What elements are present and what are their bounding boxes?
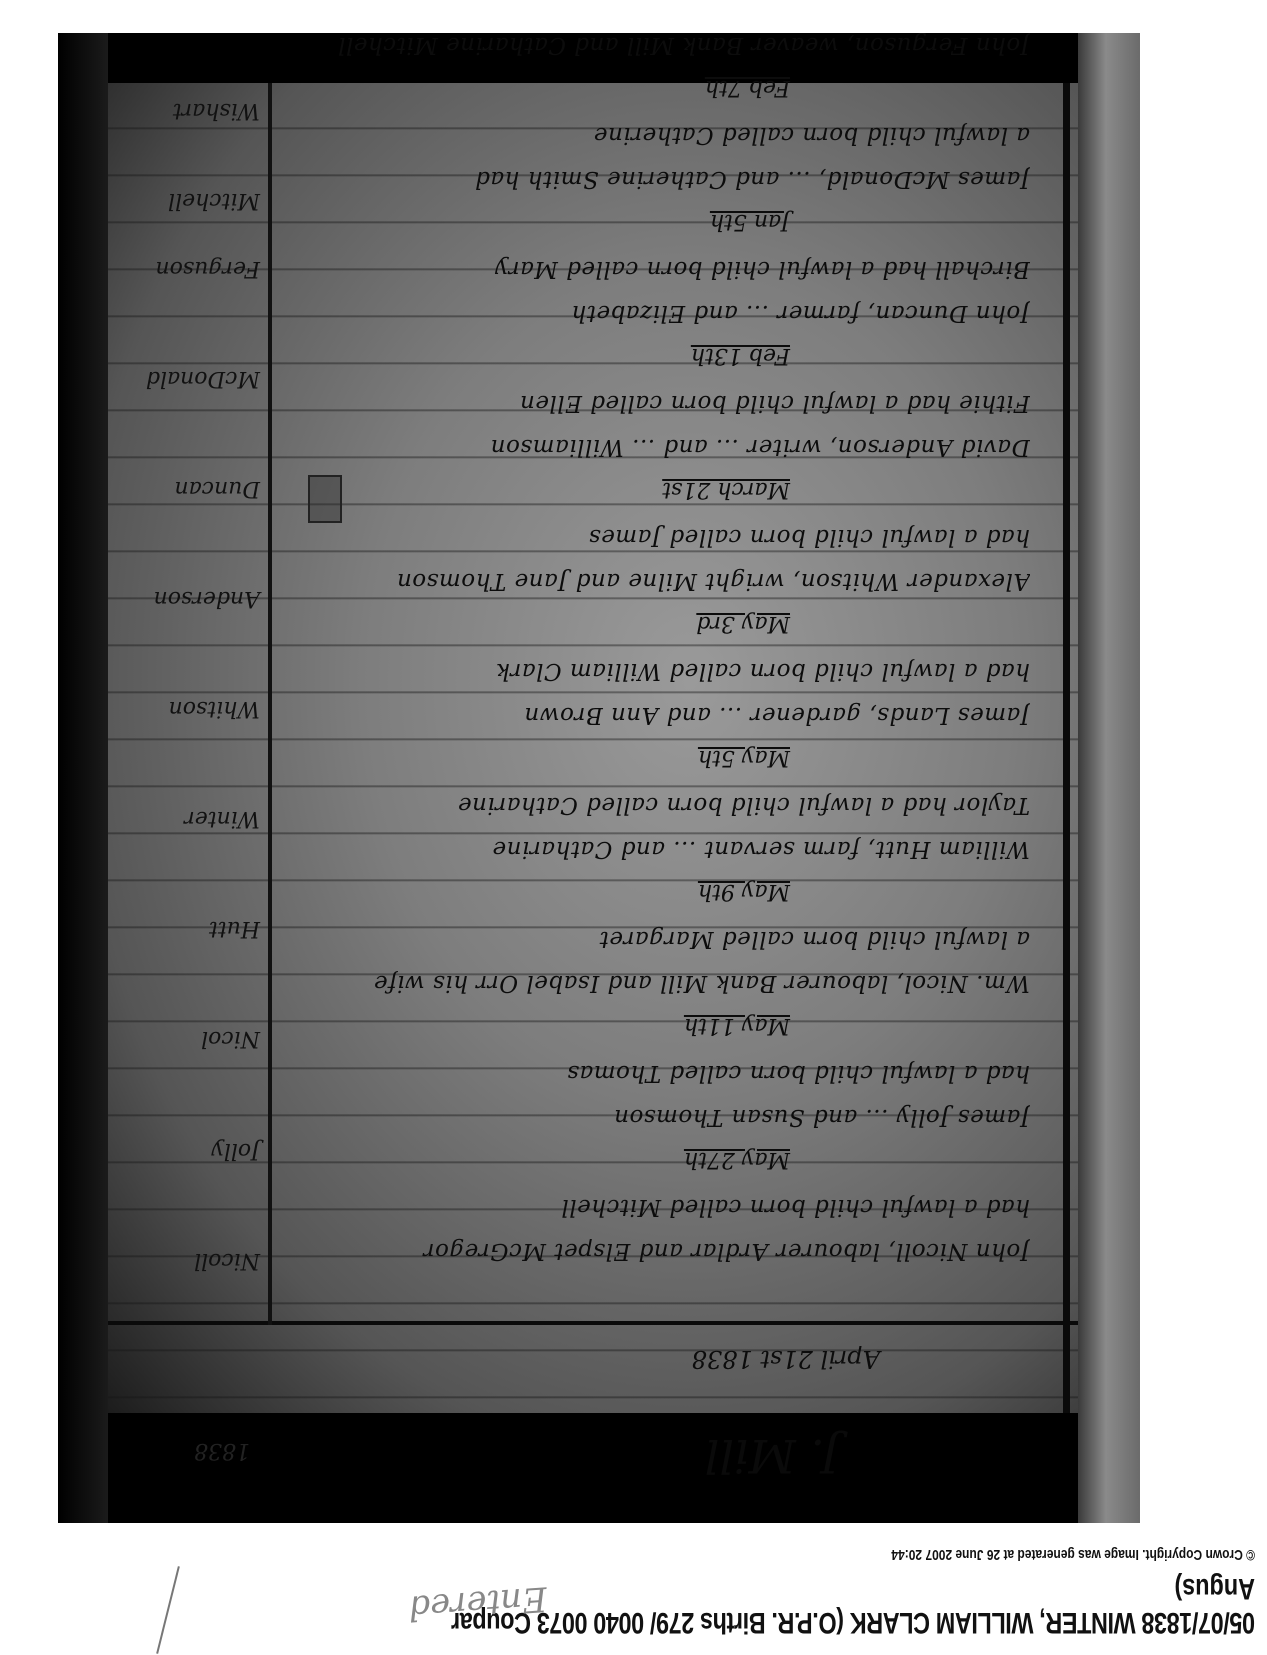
header-rule [108, 1321, 1078, 1325]
margin-surname: Anderson [154, 586, 260, 611]
folio-number: 1838 [194, 1438, 250, 1463]
register-entry: May 27th James Jolly ... and Susan Thoms… [280, 1051, 1030, 1179]
margin-surname: Ferguson [155, 256, 260, 281]
register-header-date: April 21st 1838 [692, 1345, 880, 1373]
register-entry: May 9th William Hutt, farm servant ... a… [280, 783, 1030, 911]
margin-surname: Nicoll [194, 1248, 260, 1273]
entry-line: a lawful child born called Margaret [280, 917, 1030, 961]
margin-surname: Wishart [173, 98, 260, 123]
entry-date: May 5th [280, 737, 1030, 777]
entry-date: May 11th [280, 1005, 1030, 1045]
pen-stroke [156, 1566, 180, 1654]
entry-date: May 27th [280, 1139, 1030, 1179]
entry-line: Alexander Whitson, wright Milne and Jane… [280, 559, 1030, 603]
register-entry: Feb 7th John Ferguson, weaver Bank Mill … [280, 33, 1030, 107]
margin-surname: Whitson [169, 696, 260, 721]
entry-date: Feb 13th [280, 335, 1030, 375]
page-edge [58, 33, 108, 1523]
entry-line: a lawful child born called Catherine [280, 113, 1030, 157]
entry-line: James McDonald, ... and Catherine Smith … [280, 157, 1030, 201]
entry-line: had a lawful child born called James [280, 515, 1030, 559]
name-column-rule [268, 83, 272, 1325]
entry-line: John Duncan, farmer ... and Elizabeth [280, 291, 1030, 335]
margin-surname: Winter [184, 806, 260, 831]
register-entry: May 5th James Lands, gardener ... and An… [280, 649, 1030, 777]
entry-line: James Lands, gardener ... and Ann Brown [280, 693, 1030, 737]
margin-surname: Duncan [174, 476, 260, 501]
entry-line: William Hutt, farm servant ... and Catha… [280, 827, 1030, 871]
signature: J. Mill [705, 1429, 840, 1483]
entry-date: May 3rd [280, 603, 1030, 643]
entry-line: David Anderson, writer ... and ... Willi… [280, 425, 1030, 469]
entry-date [280, 1273, 1030, 1313]
entry-line: James Jolly ... and Susan Thomson [280, 1095, 1030, 1139]
margin-surname: Hutt [209, 916, 260, 941]
register-scan: J. Mill 1838 April 21st 1838 John Nicoll… [58, 33, 1140, 1523]
document-page: 05/07/1838 WINTER, WILLIAM CLARK (O.P.R.… [0, 0, 1267, 1655]
entry-date: Jan 5th [280, 201, 1030, 241]
entry-line: John Ferguson, weaver Bank Mill and Cath… [280, 33, 1030, 67]
register-entry: May 3rd Alexander Whitson, wright Milne … [280, 515, 1030, 643]
register-entry: Jan 5th James McDonald, ... and Catherin… [280, 113, 1030, 241]
margin-surname: Jolly [211, 1138, 260, 1163]
copyright-notice: © Crown Copyright. Image was generated a… [891, 1546, 1255, 1563]
register-entry: March 21st David Anderson, writer ... an… [280, 381, 1030, 509]
binding-strip [1078, 33, 1140, 1523]
left-margin-rule [1063, 83, 1070, 1413]
entry-date: March 21st [280, 469, 1030, 509]
register-entry: Feb 13th John Duncan, farmer ... and Eli… [280, 247, 1030, 375]
entry-line: had a lawful child born called Mitchell [280, 1185, 1030, 1229]
margin-surname: McDonald [146, 366, 260, 391]
entry-line: Birchall had a lawful child born called … [280, 247, 1030, 291]
register-entry: John Nicoll, labourer Ardlar and Elspet … [280, 1185, 1030, 1313]
record-title-continued: Angus) [1174, 1571, 1255, 1605]
entry-line: had a lawful child born called Thomas [280, 1051, 1030, 1095]
margin-surname: Mitchell [168, 188, 260, 213]
entry-line: Fithie had a lawful child born called El… [280, 381, 1030, 425]
entry-line: had a lawful child born called William C… [280, 649, 1030, 693]
margin-surname: Nicol [201, 1026, 260, 1051]
entry-date: Feb 7th [280, 67, 1030, 107]
register-entry: May 11th Wm. Nicol, labourer Bank Mill a… [280, 917, 1030, 1045]
entry-date: May 9th [280, 871, 1030, 911]
entry-line: Wm. Nicol, labourer Bank Mill and Isabel… [280, 961, 1030, 1005]
register-entries: John Nicoll, labourer Ardlar and Elspet … [280, 33, 1030, 1313]
entry-line: John Nicoll, labourer Ardlar and Elspet … [280, 1229, 1030, 1273]
entry-line: Taylor had a lawful child born called Ca… [280, 783, 1030, 827]
